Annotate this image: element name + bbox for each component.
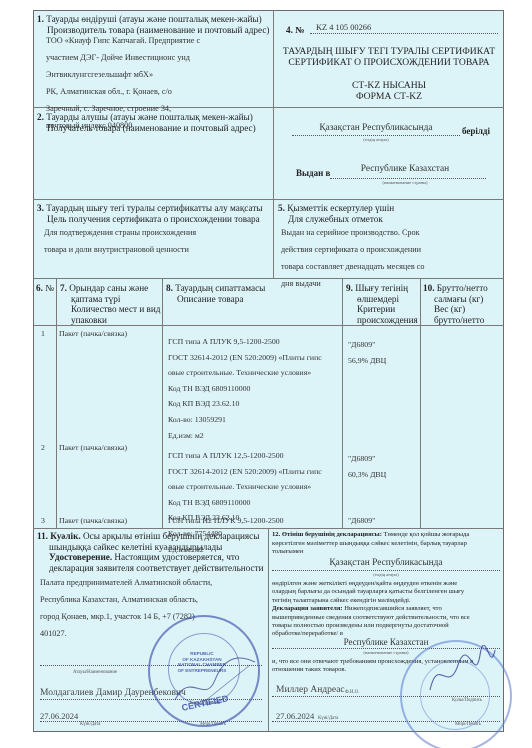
- purpose-line: Для подтверждения страны происхождения: [44, 224, 196, 241]
- hint: (елдің атауы): [292, 137, 460, 142]
- description-line: Код ТН ВЭД 6809110000: [168, 381, 322, 397]
- criteria-line: 60,3% ДВЦ: [348, 467, 386, 483]
- certificate-purpose: Для подтверждения страны происхождениято…: [44, 224, 196, 258]
- row-number: 3: [41, 513, 45, 529]
- row-packaging: Пакет (пачка/связка): [59, 440, 127, 456]
- header-weight: 10. Брутто/неттосалмағы (кг)Вес (кг)брут…: [423, 283, 488, 325]
- dotted-line: [272, 570, 500, 571]
- hint: Күні/Дата: [318, 716, 338, 721]
- header-line: 10. Брутто/нетто: [423, 283, 488, 294]
- issued-prefix-ru: Выдан в: [296, 168, 330, 178]
- header-packages: 7. Орындар саны жәнеқаптама түріКоличест…: [60, 283, 160, 325]
- row-criteria: "Д6809": [348, 513, 375, 529]
- purpose-line: товара и доли внутристрановой ценности: [44, 241, 196, 258]
- header-line: происхождения: [346, 315, 418, 326]
- criteria-line: "Д6809": [348, 513, 375, 529]
- box12-declaration: өндірілген және жеткілікті өңдеуден/қайт…: [272, 580, 470, 639]
- hint: (наименование страны): [330, 180, 480, 185]
- issued-country-kz: Қазақстан Республикасында: [292, 123, 460, 133]
- chamber-date: 27.06.2024: [40, 711, 78, 721]
- criteria-line: 56,9% ДВЦ: [348, 353, 386, 369]
- row-number: 1: [41, 326, 45, 342]
- divider: [420, 278, 421, 528]
- address-line: ТОО «Кнауф Гипс Капчагай. Предприятие с: [46, 32, 200, 49]
- certificate-number: KZ 4 105 00266: [316, 23, 371, 32]
- row-description: ГСП типа Н2 ПЛУК 9,5-1200-2500: [168, 513, 284, 529]
- box3-label: 3. Тауардың шығу тегі туралы сертификатт…: [37, 203, 263, 224]
- description-line: ГОСТ 32614-2012 (EN 520:2009) «Плиты гип…: [168, 464, 322, 480]
- header-description: 8. Тауардың сипаттамасыОписание товара: [166, 283, 265, 304]
- description-line: ГСП типа А ПЛУК 12,5-1200-2500: [168, 448, 322, 464]
- applicant-date: 27.06.2024: [276, 711, 314, 721]
- note-line: действия сертификата о происхождении: [281, 241, 425, 258]
- divider: [56, 278, 57, 528]
- row-packaging: Пакет (пачка/связка): [59, 326, 127, 342]
- address-line: Палата предпринимателей Алматинской обла…: [40, 574, 212, 591]
- divider: [162, 278, 163, 528]
- signature-icon: [170, 650, 260, 710]
- description-line: Ед.изм: м2: [168, 428, 322, 444]
- signature-icon: [420, 645, 500, 700]
- note-line: товара составляет двенадцать месяцев со: [281, 258, 425, 275]
- hint: Күні/Дата: [80, 722, 100, 727]
- divider: [33, 278, 504, 279]
- issued-suffix-kz: берілді: [462, 126, 490, 136]
- row-criteria: "Д6809"60,3% ДВЦ: [348, 451, 386, 482]
- header-line: өлшемдері: [346, 294, 418, 305]
- header-line: Количество мест и вид: [60, 304, 160, 315]
- note-line: Выдан на серийное производство. Срок: [281, 224, 425, 241]
- address-line: Энтвиклунгсгезельшафт мбХ»: [46, 66, 200, 83]
- divider: [342, 278, 343, 528]
- dotted-line: [310, 33, 498, 34]
- description-line: овые строительные. Технические условия»: [168, 479, 322, 495]
- box12-text: 12. Өтініш берушінің декларациясы: Төмен…: [272, 531, 469, 557]
- header-line: салмағы (кг): [423, 294, 488, 305]
- address-line: участием ДЭГ- Дойче Инвестиционс унд: [46, 49, 200, 66]
- hint: Ф.И.О.: [345, 690, 359, 695]
- criteria-line: "Д6809": [348, 451, 386, 467]
- box2-label: 2. Тауарды алушы (атауы және пошталық ме…: [37, 112, 256, 133]
- row-description: ГСП типа А ПЛУК 9,5-1200-2500ГОСТ 32614-…: [168, 334, 322, 443]
- divider: [33, 199, 504, 200]
- dotted-line: [292, 135, 460, 136]
- header-line: 7. Орындар саны және: [60, 283, 160, 294]
- description-line: овые строительные. Технические условия»: [168, 365, 322, 381]
- header-no: 6. №: [36, 283, 54, 294]
- header-line: 9. Шығу тегінің: [346, 283, 418, 294]
- dotted-line: [330, 178, 486, 179]
- address-line: РК, Алматинская обл., г. Қонаев, с/о: [46, 83, 200, 100]
- row-packaging: Пакет (пачка/связка): [59, 513, 127, 529]
- certificate-number-label: 4. №: [286, 25, 304, 36]
- header-line: упаковки: [60, 315, 160, 326]
- description-line: ГСП типа Н2 ПЛУК 9,5-1200-2500: [168, 513, 284, 529]
- address-line: Республика Казахстан, Алматинская област…: [40, 591, 212, 608]
- box11-label: 11. Куәлік. Осы арқылы өтініш берушінің …: [37, 531, 264, 573]
- header-line: 8. Тауардың сипаттамасы: [166, 283, 265, 294]
- criteria-line: "Д6809": [348, 337, 386, 353]
- certificate-title: ТАУАРДЫҢ ШЫҒУ ТЕГІ ТУРАЛЫ СЕРТИФИКАТ СЕР…: [274, 46, 504, 102]
- header-criteria: 9. Шығу тегініңөлшемдеріКритериипроисхож…: [346, 283, 418, 325]
- header-line: Описание товара: [166, 294, 265, 305]
- hint: (елдің атауы): [272, 572, 500, 577]
- description-line: Кол-во: 13059291: [168, 412, 322, 428]
- header-line: брутто/нетто: [423, 315, 488, 326]
- description-line: ГОСТ 32614-2012 (EN 520:2009) «Плиты гип…: [168, 350, 322, 366]
- issued-country-ru: Республике Казахстан: [330, 164, 480, 174]
- header-line: Вес (кг): [423, 304, 488, 315]
- description-line: ГСП типа А ПЛУК 9,5-1200-2500: [168, 334, 322, 350]
- header-line: қаптама түрі: [60, 294, 160, 305]
- divider: [268, 528, 269, 732]
- service-notes: Выдан на серийное производство. Срокдейс…: [281, 224, 425, 292]
- applicant-signer: Миллер Андреас: [276, 685, 345, 695]
- row-number: 2: [41, 440, 45, 456]
- header-line: Критерии: [346, 304, 418, 315]
- hint: Атауы/Наименование: [40, 670, 150, 675]
- description-line: Код ТН ВЭД 6809110000: [168, 495, 322, 511]
- row-criteria: "Д6809"56,9% ДВЦ: [348, 337, 386, 368]
- declared-country-kz: Қазақстан Республикасында: [272, 558, 500, 568]
- description-line: Код КП ВЭД 23.62.10: [168, 396, 322, 412]
- box5-label: 5. Қызметтік ескертулер үшін Для служебн…: [278, 203, 394, 224]
